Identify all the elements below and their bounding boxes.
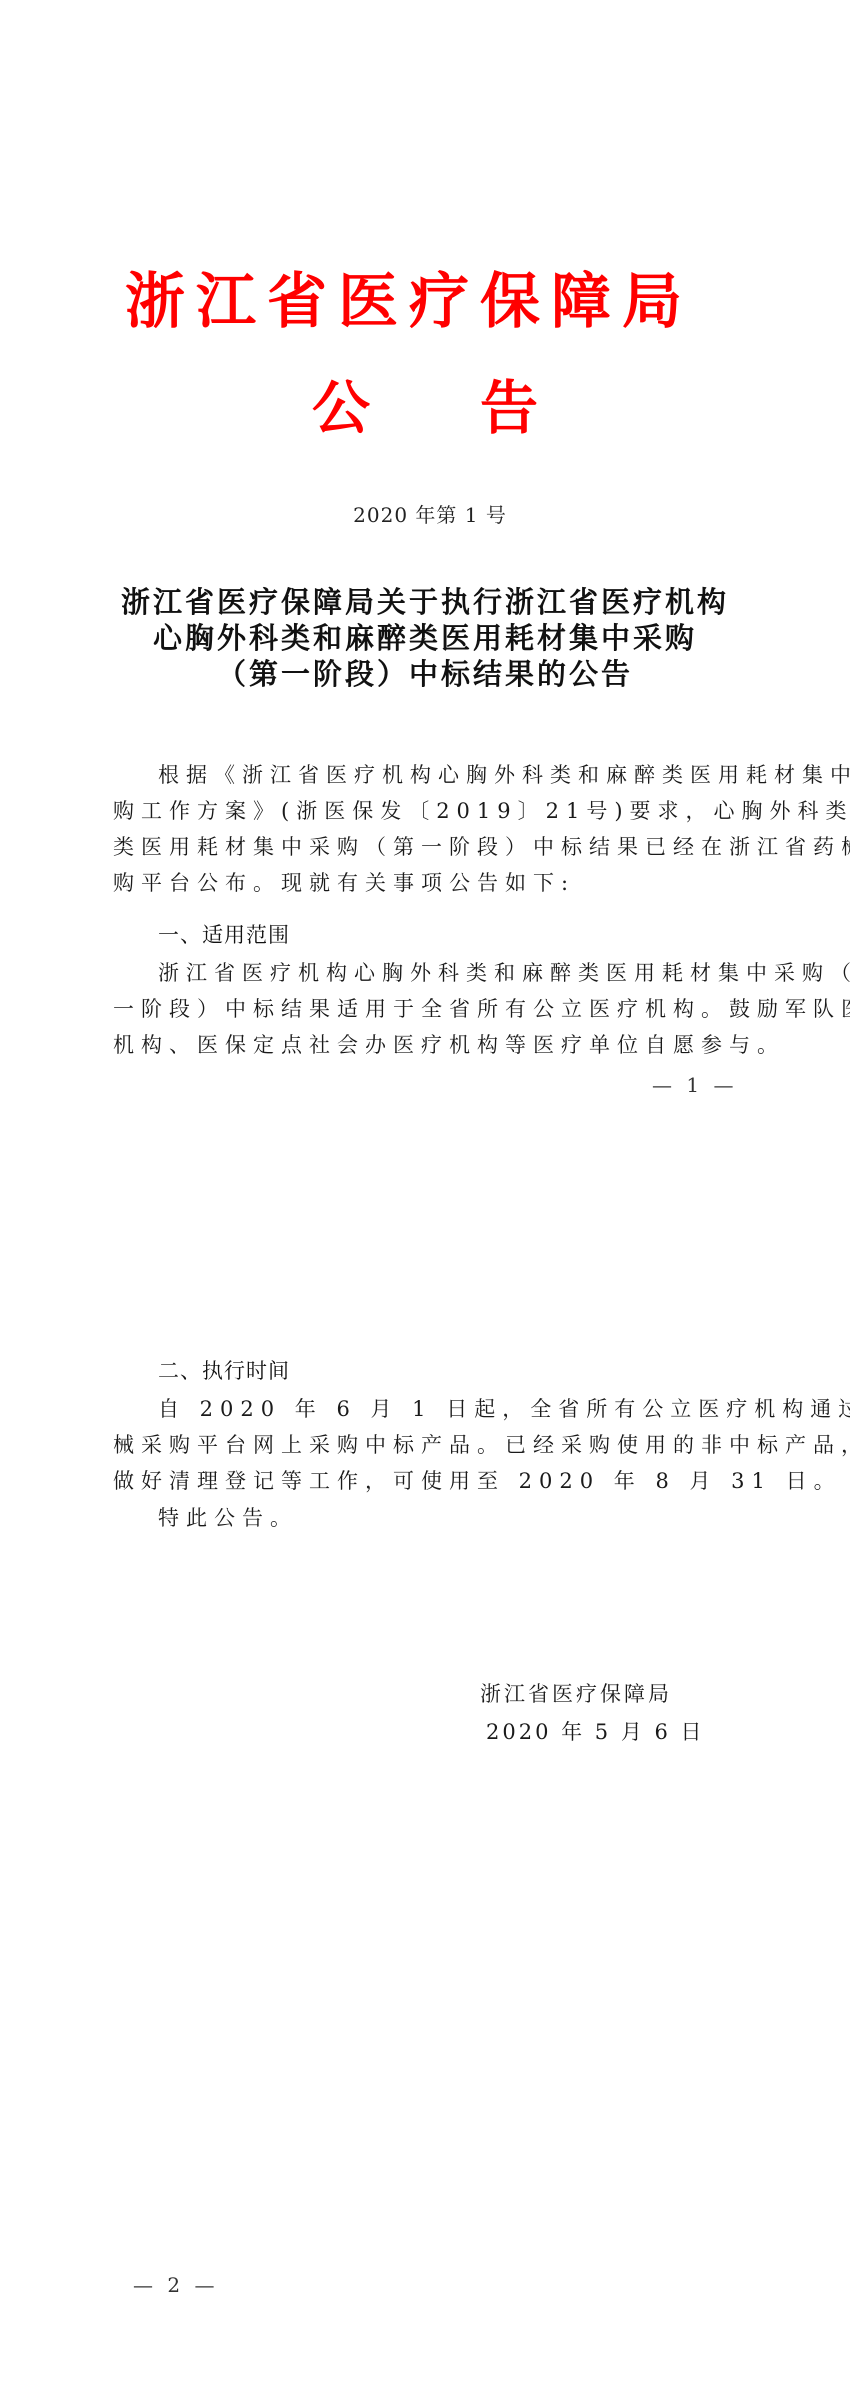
issuing-authority-header: 浙江省医疗保障局 <box>125 264 725 340</box>
page-number-1: — 1 — <box>652 1070 737 1100</box>
effective-line-3: 做好清理登记等工作，可使用至 2020 年 8 月 31 日。 <box>113 1463 743 1499</box>
section-heading-scope: 一、适用范围 <box>158 917 290 953</box>
intro-line-1: 根据《浙江省医疗机构心胸外科类和麻醉类医用耗材集中采 <box>113 757 743 793</box>
title-line-1: 浙江省医疗保障局关于执行浙江省医疗机构 <box>0 584 850 620</box>
document-title: 浙江省医疗保障局关于执行浙江省医疗机构 心胸外科类和麻醉类医用耗材集中采购 （第… <box>0 584 850 692</box>
section-scope-body: 浙江省医疗机构心胸外科类和麻醉类医用耗材集中采购（第 一阶段）中标结果适用于全省… <box>113 955 743 1063</box>
scope-line-2: 一阶段）中标结果适用于全省所有公立医疗机构。鼓励军队医疗 <box>113 991 743 1027</box>
section-heading-effective-date: 二、执行时间 <box>158 1353 290 1389</box>
title-line-2: 心胸外科类和麻醉类医用耗材集中采购 <box>0 620 850 656</box>
intro-line-2: 购工作方案》(浙医保发〔2019〕21号)要求，心胸外科类和麻醉 <box>113 793 743 829</box>
section-effective-date-body: 自 2020 年 6 月 1 日起，全省所有公立医疗机构通过浙江省药 械采购平台… <box>113 1391 743 1499</box>
page-number-2: — 2 — <box>133 2270 218 2300</box>
document-number: 2020 年第 1 号 <box>0 500 850 530</box>
signature-date: 2020 年 5 月 6 日 <box>486 1713 705 1751</box>
intro-paragraph: 根据《浙江省医疗机构心胸外科类和麻醉类医用耗材集中采 购工作方案》(浙医保发〔2… <box>113 757 743 901</box>
intro-line-3: 类医用耗材集中采购（第一阶段）中标结果已经在浙江省药械采 <box>113 829 743 865</box>
scope-line-1: 浙江省医疗机构心胸外科类和麻醉类医用耗材集中采购（第 <box>113 955 743 991</box>
signature-organization: 浙江省医疗保障局 <box>480 1675 672 1713</box>
effective-line-1: 自 2020 年 6 月 1 日起，全省所有公立医疗机构通过浙江省药 <box>113 1391 743 1427</box>
closing-statement: 特此公告。 <box>113 1500 743 1536</box>
notice-char-gong: 公 <box>312 370 370 446</box>
intro-line-4: 购平台公布。现就有关事项公告如下: <box>113 865 743 901</box>
closing-line: 特此公告。 <box>113 1500 743 1536</box>
effective-line-2: 械采购平台网上采购中标产品。已经采购使用的非中标产品，要 <box>113 1427 743 1463</box>
notice-label: 公告 <box>0 370 850 446</box>
title-line-3: （第一阶段）中标结果的公告 <box>0 656 850 692</box>
scope-line-3: 机构、医保定点社会办医疗机构等医疗单位自愿参与。 <box>113 1027 743 1063</box>
notice-char-gao: 告 <box>480 370 538 446</box>
